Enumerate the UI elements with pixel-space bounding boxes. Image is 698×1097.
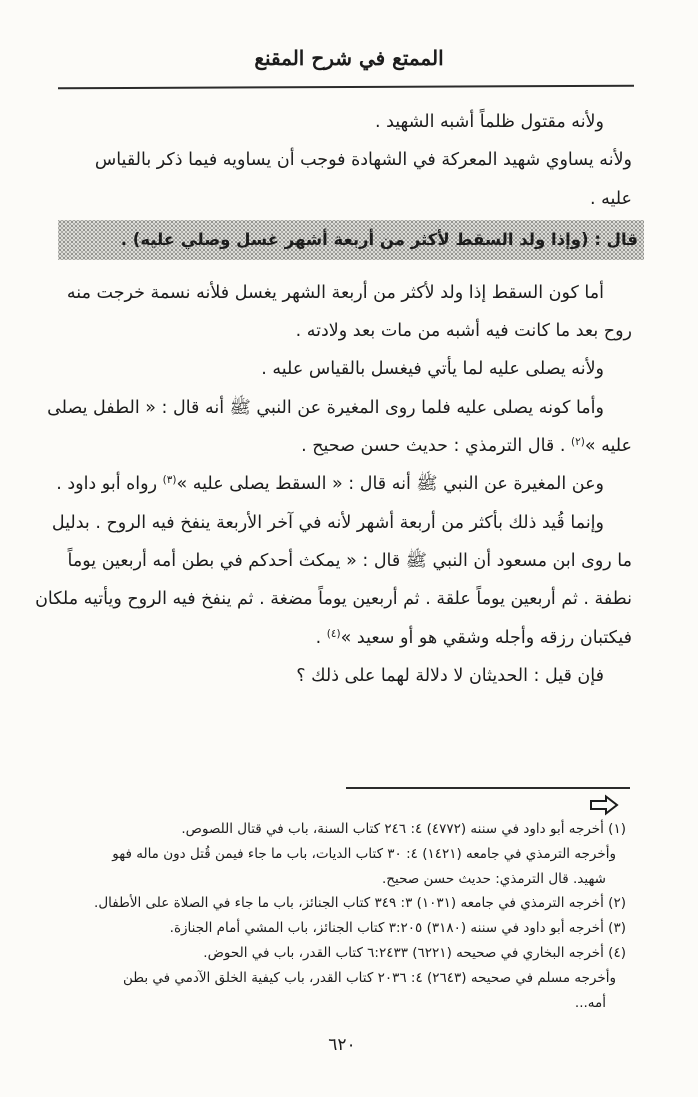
body-text: ولأنه مقتول ظلماً أشبه الشهيد . ولأنه يس… <box>66 103 632 695</box>
body-line-text: . قال الترمذي : حديث حسن صحيح . <box>301 436 571 456</box>
body-line-text: فيكتبان رزقه وأجله وشقي هو أو سعيد » <box>341 628 632 648</box>
continuation-arrow-icon <box>588 793 620 817</box>
book-title: الممتع في شرح المقنع <box>0 46 698 70</box>
body-line: عليه »(٢) . قال الترمذي : حديث حسن صحيح … <box>66 427 632 465</box>
footnote-line: أمه... <box>64 991 626 1016</box>
footnote-line: شهيد. قال الترمذي: حديث حسن صحيح. <box>64 867 626 892</box>
body-line: روح بعد ما كانت فيه أشبه من مات بعد ولاد… <box>66 312 632 350</box>
body-line: ولأنه مقتول ظلماً أشبه الشهيد . <box>66 103 632 141</box>
header-rule <box>58 85 634 90</box>
body-line: ولأنه يساوي شهيد المعركة في الشهادة فوجب… <box>66 141 632 179</box>
section-heading-highlight: قال : (وإذا ولد السقط لأكثر من أربعة أشه… <box>58 220 644 260</box>
body-line: ما روى ابن مسعود أن النبي ﷺ قال : « يمكث… <box>66 542 632 580</box>
footnote-line: وأخرجه الترمذي في جامعه (١٤٢١) ٤: ٣٠ كتا… <box>64 842 626 867</box>
page-number: ٦٢٠ <box>0 1035 684 1055</box>
footnote-ref-4: (٤) <box>327 628 341 640</box>
footnotes: (١) أخرجه أبو داود في سننه (٤٧٧٢) ٤: ٢٤٦… <box>64 817 626 1015</box>
body-line: وأما كونه يصلى عليه فلما روى المغيرة عن … <box>66 389 632 427</box>
footnote-line: (٣) أخرجه أبو داود في سننه (٣١٨٠) ٣:٢٠٥ … <box>64 916 626 941</box>
body-line: فإن قيل : الحديثان لا دلالة لهما على ذلك… <box>66 657 632 695</box>
body-line: نطفة . ثم أربعين يوماً علقة . ثم أربعين … <box>66 580 632 618</box>
body-line: فيكتبان رزقه وأجله وشقي هو أو سعيد »(٤) … <box>66 619 632 657</box>
footnote-ref-3: (٣) <box>163 474 177 486</box>
body-line-text: . <box>316 628 327 648</box>
footnote-ref-2: (٢) <box>571 436 585 448</box>
body-line-text: عليه » <box>585 436 632 456</box>
body-line: وإنما قُيد ذلك بأكثر من أربعة أشهر لأنه … <box>66 504 632 542</box>
footnote-separator <box>346 787 630 789</box>
body-line-text: وعن المغيرة عن النبي ﷺ أنه قال : « السقط… <box>176 474 604 494</box>
footnote-line: وأخرجه مسلم في صحيحه (٢٦٤٣) ٤: ٢٠٣٦ كتاب… <box>64 966 626 991</box>
book-page: الممتع في شرح المقنع ولأنه مقتول ظلماً أ… <box>0 0 698 1097</box>
body-line: وعن المغيرة عن النبي ﷺ أنه قال : « السقط… <box>66 465 632 503</box>
footnote-line: (٢) أخرجه الترمذي في جامعه (١٠٣١) ٣: ٣٤٩… <box>64 891 626 916</box>
footnote-line: (١) أخرجه أبو داود في سننه (٤٧٧٢) ٤: ٢٤٦… <box>64 817 626 842</box>
body-line: أما كون السقط إذا ولد لأكثر من أربعة الش… <box>66 274 632 312</box>
body-line-text: رواه أبو داود . <box>56 474 162 494</box>
body-line: عليه . <box>66 180 632 218</box>
footnote-line: (٤) أخرجه البخاري في صحيحه (٦٢٢١) ٦:٢٤٣٣… <box>64 941 626 966</box>
body-line: ولأنه يصلى عليه لما يأتي فيغسل بالقياس ع… <box>66 350 632 388</box>
